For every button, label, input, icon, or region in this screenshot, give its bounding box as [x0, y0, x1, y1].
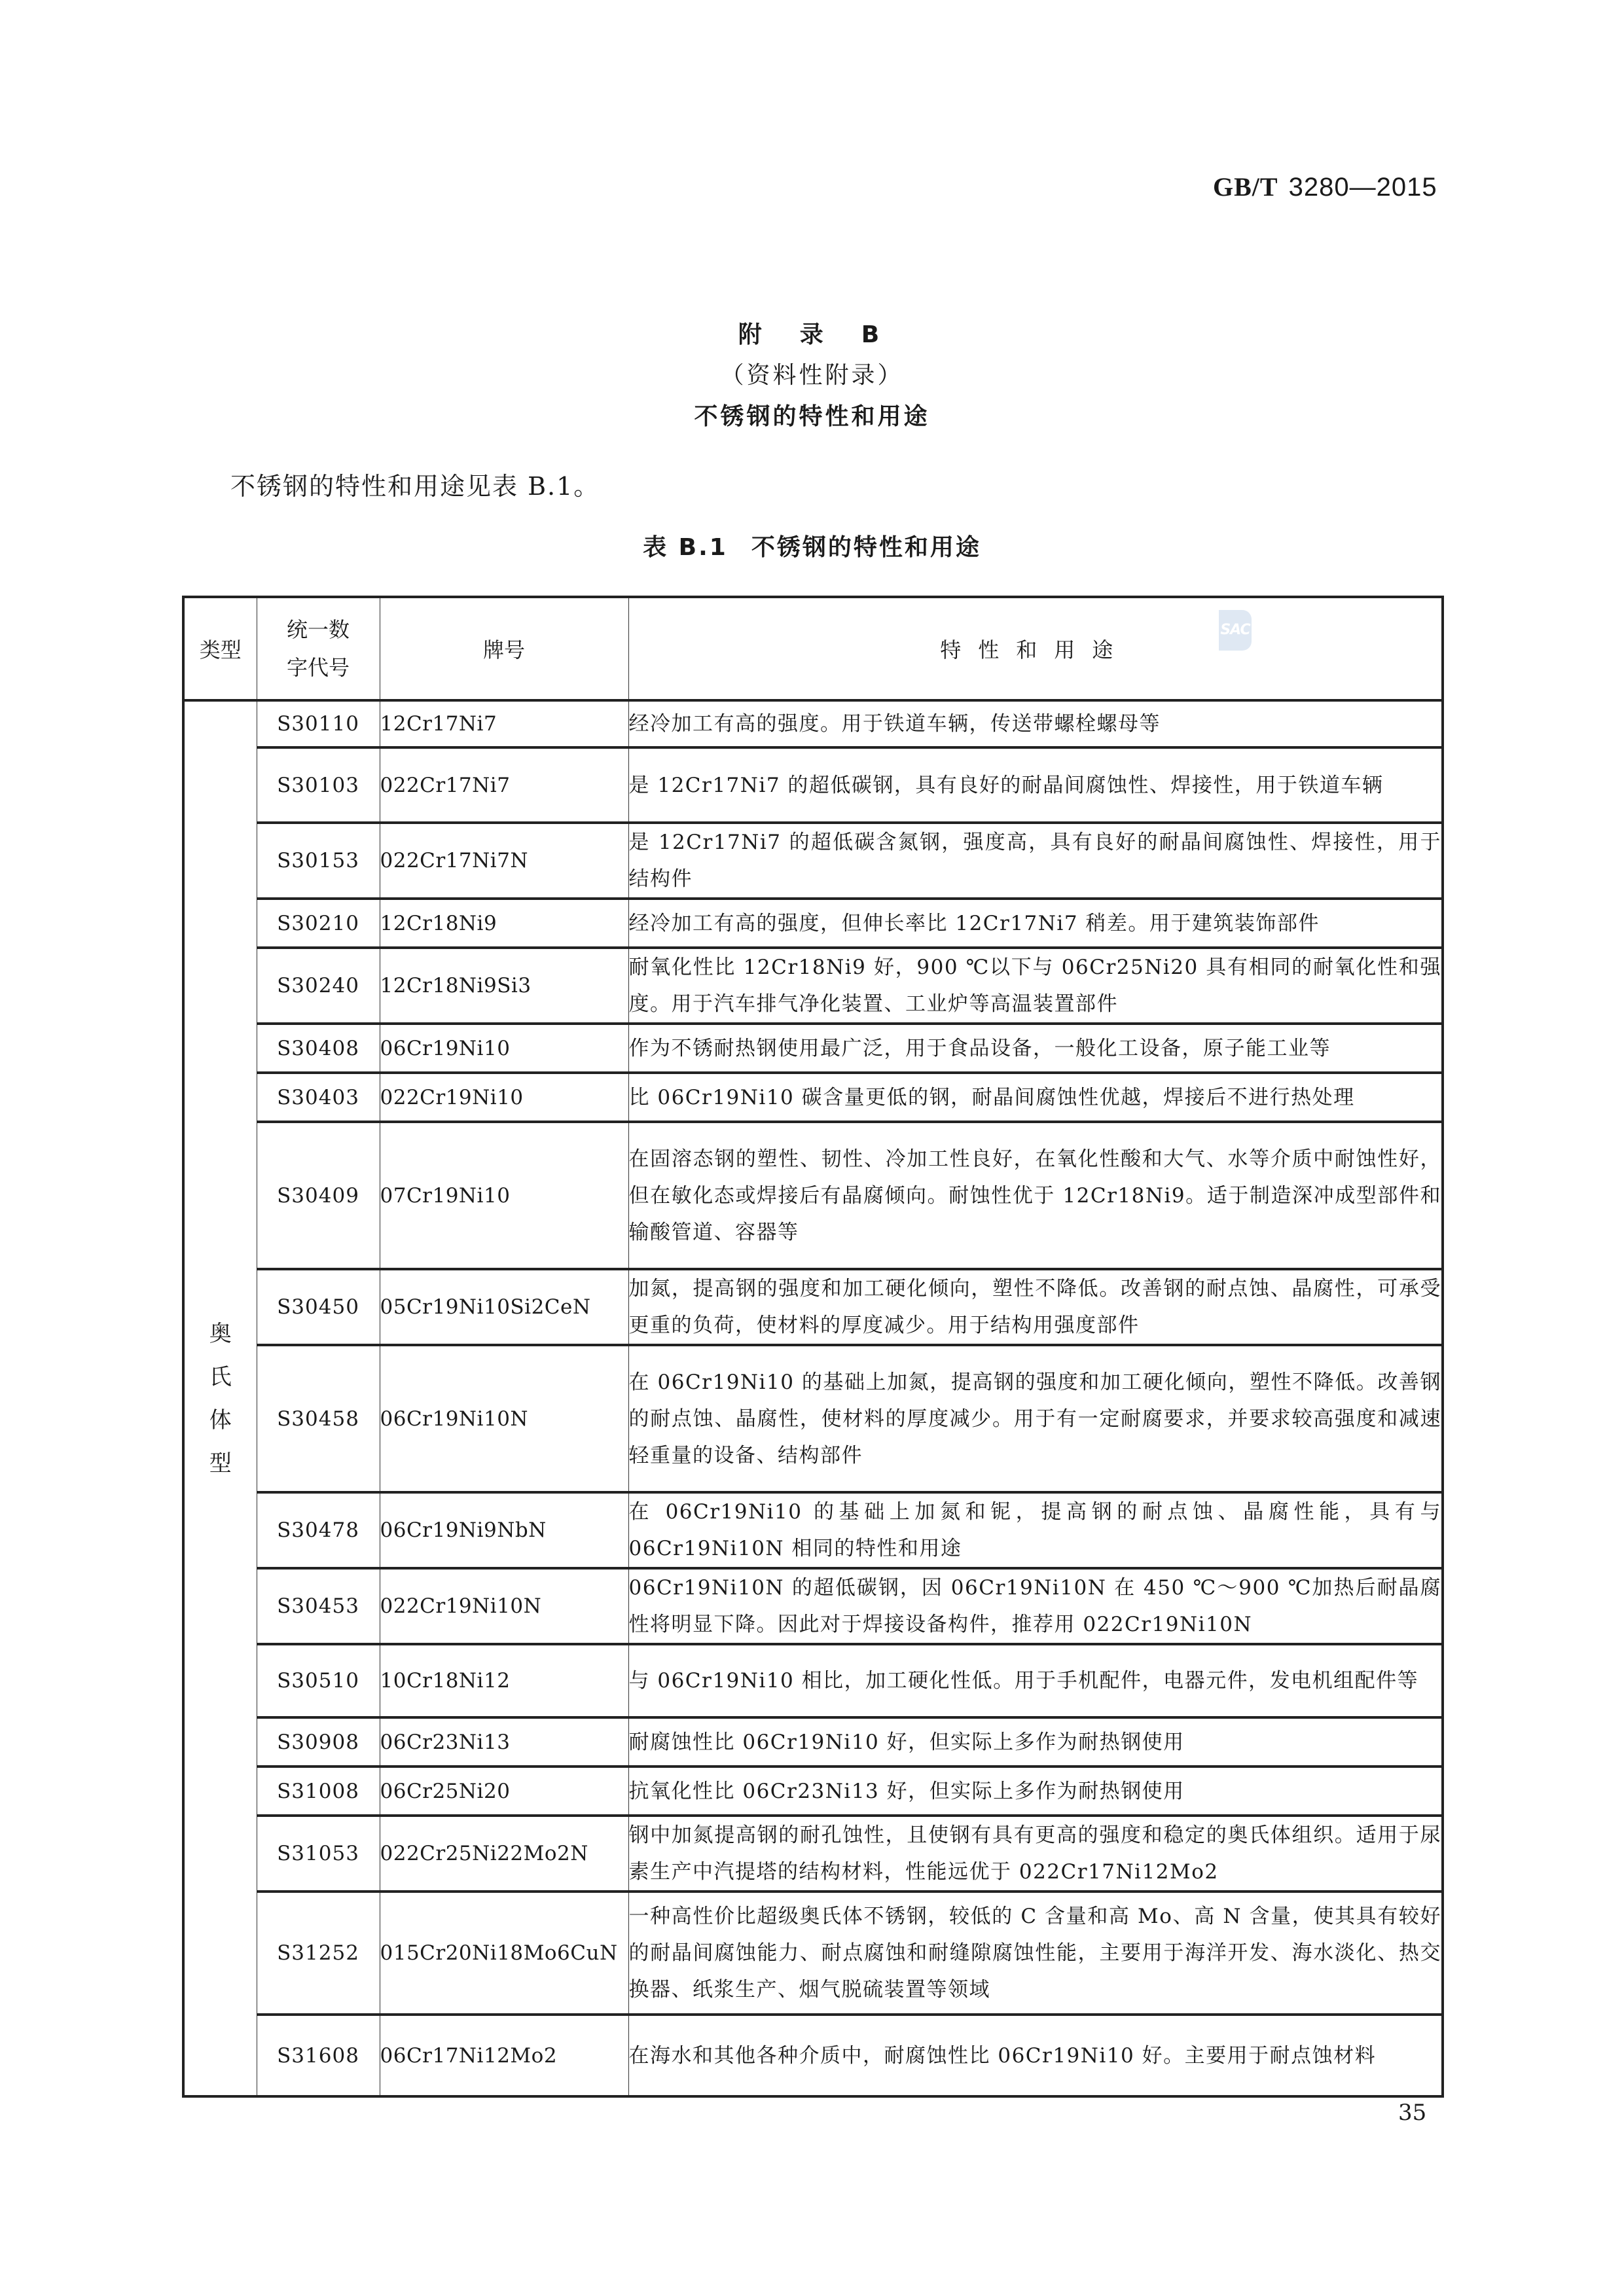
type-char: 氏: [185, 1355, 257, 1399]
table-row: S3051010Cr18Ni12与 06Cr19Ni10 相比，加工硬化性低。用…: [183, 1644, 1443, 1717]
unified-code-cell: S30453: [257, 1568, 380, 1644]
sac-watermark-logo: SAC: [1219, 610, 1252, 651]
unified-code-cell: S30403: [257, 1073, 380, 1122]
grade-cell: 022Cr19Ni10N: [380, 1568, 628, 1644]
grade-cell: 12Cr18Ni9: [380, 899, 628, 948]
unified-code-cell: S30240: [257, 948, 380, 1024]
grade-cell: 06Cr19Ni9NbN: [380, 1492, 628, 1568]
unified-code-cell: S30458: [257, 1345, 380, 1492]
table-header-row: 类型 统一数 字代号 牌号 特性和用途 SAC: [183, 597, 1443, 700]
grade-cell: 06Cr19Ni10N: [380, 1345, 628, 1492]
table-row: S31252015Cr20Ni18Mo6CuN一种高性价比超级奥氏体不锈钢，较低…: [183, 1892, 1443, 2015]
grade-cell: 07Cr19Ni10: [380, 1122, 628, 1269]
description-cell: 06Cr19Ni10N 的超低碳钢，因 06Cr19Ni10N 在 450 ℃～…: [628, 1568, 1443, 1644]
unified-code-cell: S31608: [257, 2015, 380, 2096]
unified-code-cell: S30450: [257, 1269, 380, 1345]
type-char: 奥: [185, 1312, 257, 1355]
table-row: S3047806Cr19Ni9NbN在 06Cr19Ni10 的基础上加氮和铌，…: [183, 1492, 1443, 1568]
header-code-line2: 字代号: [257, 649, 380, 687]
type-char: 型: [185, 1442, 257, 1485]
table-row: S30153022Cr17Ni7N是 12Cr17Ni7 的超低碳含氮钢，强度高…: [183, 823, 1443, 899]
unified-code-cell: S30478: [257, 1492, 380, 1568]
unified-code-cell: S30409: [257, 1122, 380, 1269]
standard-prefix: GB/T: [1213, 172, 1278, 202]
unified-code-cell: S31252: [257, 1892, 380, 2015]
grade-cell: 022Cr19Ni10: [380, 1073, 628, 1122]
grade-cell: 022Cr17Ni7: [380, 747, 628, 823]
unified-code-cell: S30908: [257, 1717, 380, 1767]
description-cell: 一种高性价比超级奥氏体不锈钢，较低的 C 含量和高 Mo、高 N 含量，使其具有…: [628, 1892, 1443, 2015]
grade-cell: 12Cr18Ni9Si3: [380, 948, 628, 1024]
standard-number: 3280—2015: [1289, 173, 1437, 202]
page-number: 35: [1398, 2100, 1426, 2126]
description-cell: 耐腐蚀性比 06Cr19Ni10 好，但实际上多作为耐热钢使用: [628, 1717, 1443, 1767]
header-type: 类型: [183, 597, 257, 700]
description-cell: 比 06Cr19Ni10 碳含量更低的钢，耐晶间腐蚀性优越，焊接后不进行热处理: [628, 1073, 1443, 1122]
table-caption-title: 不锈钢的特性和用途: [751, 534, 981, 561]
grade-cell: 015Cr20Ni18Mo6CuN: [380, 1892, 628, 2015]
grade-cell: 022Cr25Ni22Mo2N: [380, 1816, 628, 1892]
description-cell: 经冷加工有高的强度。用于铁道车辆，传送带螺栓螺母等: [628, 700, 1443, 747]
annex-label: 附录B: [0, 316, 1624, 350]
description-cell: 在固溶态钢的塑性、韧性、冷加工性良好，在氧化性酸和大气、水等介质中耐蚀性好，但在…: [628, 1122, 1443, 1269]
table-row: S3045005Cr19Ni10Si2CeN加氮，提高钢的强度和加工硬化倾向，塑…: [183, 1269, 1443, 1345]
table-caption: 表 B.1不锈钢的特性和用途: [0, 529, 1624, 562]
description-cell: 抗氧化性比 06Cr23Ni13 好，但实际上多作为耐热钢使用: [628, 1767, 1443, 1816]
grade-cell: 12Cr17Ni7: [380, 700, 628, 747]
description-cell: 耐氧化性比 12Cr18Ni9 好，900 ℃以下与 06Cr25Ni20 具有…: [628, 948, 1443, 1024]
grade-cell: 05Cr19Ni10Si2CeN: [380, 1269, 628, 1345]
unified-code-cell: S30210: [257, 899, 380, 948]
unified-code-cell: S30153: [257, 823, 380, 899]
description-cell: 是 12Cr17Ni7 的超低碳钢，具有良好的耐晶间腐蚀性、焊接性，用于铁道车辆: [628, 747, 1443, 823]
annex-label-char: 附: [738, 321, 768, 348]
header-description-text: 特性和用途: [940, 637, 1130, 662]
grade-cell: 06Cr23Ni13: [380, 1717, 628, 1767]
unified-code-cell: S30510: [257, 1644, 380, 1717]
table-row: S31053022Cr25Ni22Mo2N钢中加氮提高钢的耐孔蚀性，且使钢有具有…: [183, 1816, 1443, 1892]
table-row: S3021012Cr18Ni9经冷加工有高的强度，但伸长率比 12Cr17Ni7…: [183, 899, 1443, 948]
description-cell: 钢中加氮提高钢的耐孔蚀性，且使钢有具有更高的强度和稳定的奥氏体组织。适用于尿素生…: [628, 1816, 1443, 1892]
description-cell: 经冷加工有高的强度，但伸长率比 12Cr17Ni7 稍差。用于建筑装饰部件: [628, 899, 1443, 948]
standard-code: GB/T3280—2015: [1213, 171, 1437, 202]
grade-cell: 06Cr19Ni10: [380, 1024, 628, 1073]
grade-cell: 06Cr25Ni20: [380, 1767, 628, 1816]
annex-label-letter: B: [861, 321, 886, 348]
unified-code-cell: S31008: [257, 1767, 380, 1816]
steel-properties-table: 类型 统一数 字代号 牌号 特性和用途 SAC 奥氏体型S3011012Cr17…: [182, 596, 1444, 2098]
header-description: 特性和用途 SAC: [628, 597, 1443, 700]
table-row: S30103022Cr17Ni7是 12Cr17Ni7 的超低碳钢，具有良好的耐…: [183, 747, 1443, 823]
table-row: S3090806Cr23Ni13耐腐蚀性比 06Cr19Ni10 好，但实际上多…: [183, 1717, 1443, 1767]
unified-code-cell: S30110: [257, 700, 380, 747]
table-row: S3100806Cr25Ni20抗氧化性比 06Cr23Ni13 好，但实际上多…: [183, 1767, 1443, 1816]
description-cell: 在 06Cr19Ni10 的基础上加氮，提高钢的强度和加工硬化倾向，塑性不降低。…: [628, 1345, 1443, 1492]
annex-label-char: 录: [800, 321, 830, 348]
annex-type: （资料性附录）: [0, 357, 1624, 390]
table-row: S3040806Cr19Ni10作为不锈耐热钢使用最广泛，用于食品设备，一般化工…: [183, 1024, 1443, 1073]
table-row: S3160806Cr17Ni12Mo2在海水和其他各种介质中，耐腐蚀性比 06C…: [183, 2015, 1443, 2096]
table-row: S30403022Cr19Ni10比 06Cr19Ni10 碳含量更低的钢，耐晶…: [183, 1073, 1443, 1122]
table-caption-number: 表 B.1: [643, 534, 728, 561]
intro-paragraph: 不锈钢的特性和用途见表 B.1。: [230, 466, 600, 502]
grade-cell: 10Cr18Ni12: [380, 1644, 628, 1717]
header-code-line1: 统一数: [257, 611, 380, 649]
description-cell: 加氮，提高钢的强度和加工硬化倾向，塑性不降低。改善钢的耐点蚀、晶腐性，可承受更重…: [628, 1269, 1443, 1345]
header-unified-code: 统一数 字代号: [257, 597, 380, 700]
unified-code-cell: S31053: [257, 1816, 380, 1892]
header-grade: 牌号: [380, 597, 628, 700]
grade-cell: 06Cr17Ni12Mo2: [380, 2015, 628, 2096]
description-cell: 在海水和其他各种介质中，耐腐蚀性比 06Cr19Ni10 好。主要用于耐点蚀材料: [628, 2015, 1443, 2096]
grade-cell: 022Cr17Ni7N: [380, 823, 628, 899]
unified-code-cell: S30408: [257, 1024, 380, 1073]
type-cell-austenitic: 奥氏体型: [183, 700, 257, 2096]
table-row: S3024012Cr18Ni9Si3耐氧化性比 12Cr18Ni9 好，900 …: [183, 948, 1443, 1024]
unified-code-cell: S30103: [257, 747, 380, 823]
annex-title: 不锈钢的特性和用途: [0, 398, 1624, 431]
table-row: S3040907Cr19Ni10在固溶态钢的塑性、韧性、冷加工性良好，在氧化性酸…: [183, 1122, 1443, 1269]
table-row: S3045806Cr19Ni10N在 06Cr19Ni10 的基础上加氮，提高钢…: [183, 1345, 1443, 1492]
description-cell: 在 06Cr19Ni10 的基础上加氮和铌，提高钢的耐点蚀、晶腐性能，具有与 0…: [628, 1492, 1443, 1568]
description-cell: 是 12Cr17Ni7 的超低碳含氮钢，强度高，具有良好的耐晶间腐蚀性、焊接性，…: [628, 823, 1443, 899]
table-row: 奥氏体型S3011012Cr17Ni7经冷加工有高的强度。用于铁道车辆，传送带螺…: [183, 700, 1443, 747]
type-char: 体: [185, 1399, 257, 1442]
description-cell: 作为不锈耐热钢使用最广泛，用于食品设备，一般化工设备，原子能工业等: [628, 1024, 1443, 1073]
description-cell: 与 06Cr19Ni10 相比，加工硬化性低。用于手机配件，电器元件，发电机组配…: [628, 1644, 1443, 1717]
table-row: S30453022Cr19Ni10N06Cr19Ni10N 的超低碳钢，因 06…: [183, 1568, 1443, 1644]
